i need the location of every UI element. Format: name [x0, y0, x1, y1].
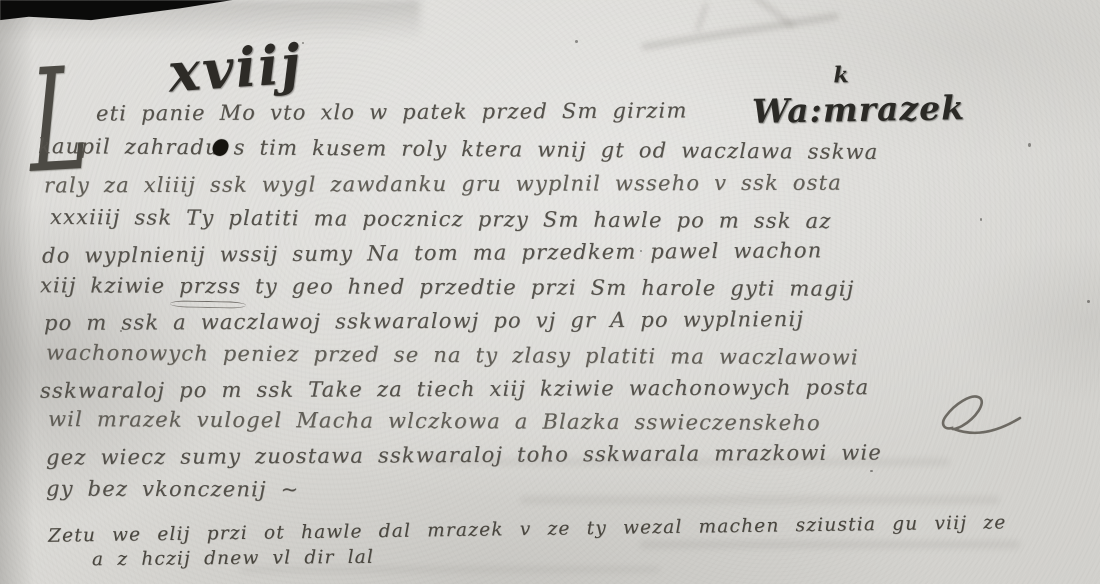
bleed-through-mark: [695, 2, 708, 32]
text-line: sskwaraloj po m ssk Take za tiech xiij k…: [40, 375, 869, 403]
text-line: gy bez vkonczenij ~: [46, 477, 300, 502]
paper-speck: [1087, 300, 1090, 303]
paper-speck: [870, 470, 873, 472]
addendum-line: Zetu we elij przi ot hawle dal mrazek v …: [48, 512, 1007, 546]
text-line: xiij kziwie przss ty geo hned przedtie p…: [40, 273, 855, 301]
text-line: kaupil zahradu s tim kusem roly ktera wn…: [38, 134, 879, 164]
text-line: wil mrazek vulogel Macha wlczkowa a Blaz…: [48, 407, 821, 435]
text-line: wachonowych peniez przed se na ty zlasy …: [46, 341, 859, 370]
heading-numeral: xviij: [166, 31, 304, 104]
paper-speck: [980, 218, 982, 221]
paraph-flourish: [938, 390, 1024, 438]
margin-name-superscript: k: [833, 62, 850, 88]
text-line: po m ssk a waczlawoj sskwaralowj po vj g…: [44, 307, 804, 335]
paper-speck: [640, 250, 642, 252]
manuscript-page: xviij L Wa:mrazek k eti panie Mo vto xlo…: [0, 0, 1100, 584]
bleed-through-mark: [520, 496, 1000, 504]
paper-speck: [1028, 143, 1031, 147]
bleed-through-mark: [745, 0, 795, 29]
word-underline-mark: [170, 300, 246, 309]
bleed-through-mark: [640, 540, 1020, 549]
text-line: xxxiiij ssk Ty platiti ma pocznicz przy …: [50, 205, 832, 233]
margin-name: Wa:mrazek k: [752, 88, 966, 131]
book-edge-corner-shadow: [0, 0, 240, 28]
text-line: eti panie Mo vto xlo w patek przed Sm gi…: [96, 98, 688, 125]
paper-speck: [575, 40, 578, 43]
paper-speck: [302, 42, 304, 44]
bleed-through-mark: [641, 12, 840, 50]
text-line: do wyplnienij wssij sumy Na tom ma przed…: [42, 238, 823, 267]
text-line: raly za xliiij ssk wygl zawdanku gru wyp…: [44, 171, 842, 198]
text-line: gez wiecz sumy zuostawa sskwaraloj toho …: [46, 440, 882, 469]
paper-speck: [120, 330, 122, 332]
addendum-line: a z hczij dnew vl dir lal: [92, 547, 374, 570]
margin-name-text: Wa:mrazek: [752, 88, 966, 131]
